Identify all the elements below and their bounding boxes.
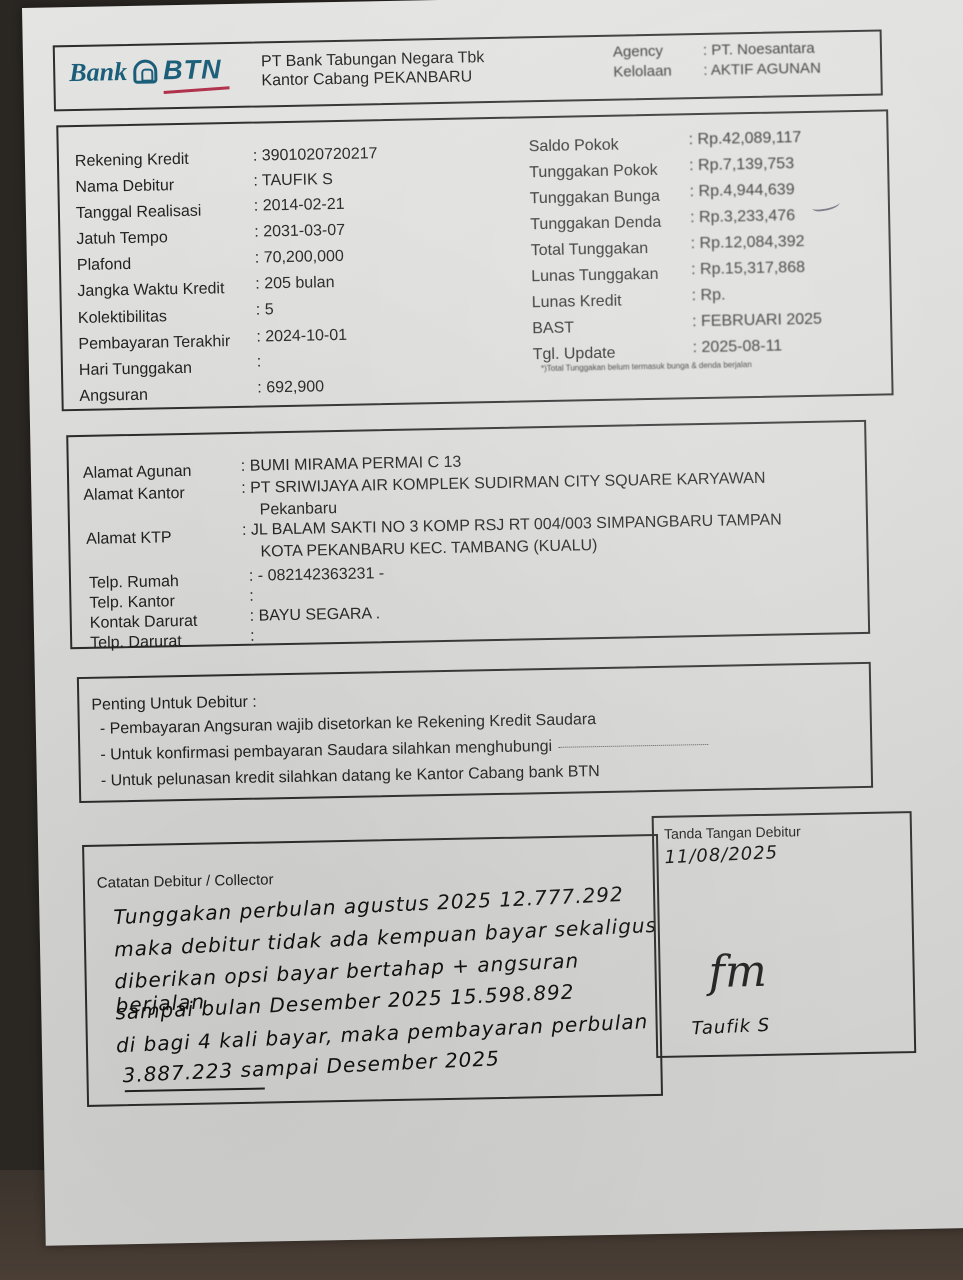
header-box: Bank BTN PT Bank Tabungan Negara Tbk Kan… [53,30,883,112]
label-rekening-kredit: Rekening Kredit [75,151,189,171]
value-bast: : FEBRUARI 2025 [692,311,822,331]
notice-box: Penting Untuk Debitur : - Pembayaran Ang… [77,662,873,803]
kelolaan-value: : AKTIF AGUNAN [703,59,821,81]
label-telp-darurat: Telp. Darurat [90,633,182,653]
house-icon [133,59,157,83]
value-lunas-tunggakan: : Rp.15,317,868 [691,259,805,279]
label-angsuran: Angsuran [79,387,148,406]
label-jatuh-tempo: Jatuh Tempo [76,229,168,249]
agency-label: Agency [613,42,672,63]
label-alamat-agunan: Alamat Agunan [83,463,192,483]
agency-value: : PT. Noesantara [703,39,821,61]
label-hari-tunggakan: Hari Tunggakan [79,360,192,380]
label-tanggal-realisasi: Tanggal Realisasi [76,203,202,223]
label-tunggakan-denda: Tunggakan Denda [530,214,661,235]
label-tgl-update: Tgl. Update [533,345,616,365]
label-kolektibilitas: Kolektibilitas [78,308,167,328]
value-tgl-update: : 2025-08-11 [692,337,782,357]
agency-labels: Agency Kelolaan [613,42,672,83]
value-telp-kantor: : [249,588,254,606]
value-telp-darurat: : [250,628,255,646]
signature-name: Taufik S [691,1015,770,1040]
checkmark-icon [811,198,840,212]
label-nama-debitur: Nama Debitur [75,177,174,197]
agency-values: : PT. Noesantara : AKTIF AGUNAN [703,39,821,81]
notice-item-payment: - Pembayaran Angsuran wajib disetorkan k… [100,711,597,739]
label-jangka-waktu: Jangka Waktu Kredit [77,280,224,301]
value-jangka-waktu: : 205 bulan [255,274,335,294]
notice-item-confirmation: - Untuk konfirmasi pembayaran Saudara si… [100,735,708,765]
blank-dotted-line [558,744,708,748]
handwritten-underline [125,1088,265,1093]
value-lunas-kredit: : Rp. [691,287,725,306]
value-tunggakan-pokok: : Rp.7,139,753 [689,155,794,175]
label-bast: BAST [532,319,574,338]
signature-mark: fm [708,946,767,998]
value-tanggal-realisasi: : 2014-02-21 [254,196,345,216]
label-telp-rumah: Telp. Rumah [89,573,179,593]
notice-item-payoff: - Untuk pelunasan kredit silahkan datang… [101,763,600,791]
label-lunas-tunggakan: Lunas Tunggakan [531,266,659,286]
value-alamat-agunan: : BUMI MIRAMA PERMAI C 13 [241,454,462,476]
label-tunggakan-pokok: Tunggakan Pokok [529,162,658,182]
notes-title: Catatan Debitur / Collector [97,871,274,891]
signature-box: Tanda Tangan Debitur 11/08/2025 fm Taufi… [652,811,917,1058]
value-rekening-kredit: : 3901020720217 [253,145,378,165]
logo-bank-text: Bank [69,56,127,87]
signature-date: 11/08/2025 [664,842,779,868]
value-tunggakan-bunga: : Rp.4,944,639 [689,181,794,201]
signature-title: Tanda Tangan Debitur [664,823,801,842]
label-lunas-kredit: Lunas Kredit [532,293,622,313]
company-info: PT Bank Tabungan Negara Tbk Kantor Caban… [261,48,485,90]
value-pembayaran-terakhir: : 2024-10-01 [256,327,347,347]
notice-title: Penting Untuk Debitur : [91,694,257,715]
label-kontak-darurat: Kontak Darurat [90,613,198,633]
value-saldo-pokok: : Rp.42,089,117 [688,129,801,149]
label-total-tunggakan: Total Tunggakan [531,240,649,260]
kelolaan-label: Kelolaan [613,62,672,83]
label-pembayaran-terakhir: Pembayaran Terakhir [78,333,230,354]
value-nama-debitur: : TAUFIK S [253,171,333,191]
btn-logo: Bank BTN [69,54,222,88]
value-alamat-kantor-2: Pekanbaru [260,500,338,519]
bill-document: Bank BTN PT Bank Tabungan Negara Tbk Kan… [22,0,963,1246]
value-alamat-ktp-2: KOTA PEKANBARU KEC. TAMBANG (KUALU) [260,537,597,561]
value-tunggakan-denda: : Rp.3,233,476 [690,207,795,227]
value-kolektibilitas: : 5 [256,301,274,319]
address-box: Alamat Agunan : BUMI MIRAMA PERMAI C 13 … [66,420,870,649]
label-tunggakan-bunga: Tunggakan Bunga [530,188,661,208]
value-total-tunggakan: : Rp.12,084,392 [690,233,804,253]
value-hari-tunggakan: : [257,353,262,371]
label-alamat-ktp: Alamat KTP [86,529,172,549]
label-alamat-kantor: Alamat Kantor [83,485,185,505]
notes-box: Catatan Debitur / Collector Tunggakan pe… [82,834,663,1107]
value-telp-rumah: : - 082142363231 - [249,565,385,586]
value-angsuran: : 692,900 [257,378,324,397]
label-plafond: Plafond [77,256,132,275]
branch-name: Kantor Cabang PEKANBARU [261,67,485,90]
logo-btn-text: BTN [163,54,222,86]
label-telp-kantor: Telp. Kantor [89,593,175,613]
notice-item-confirmation-text: - Untuk konfirmasi pembayaran Saudara si… [100,738,552,764]
value-plafond: : 70,200,000 [255,248,344,268]
value-jatuh-tempo: : 2031-03-07 [254,222,345,242]
loan-details-box: Rekening Kredit : 3901020720217 Nama Deb… [56,109,893,411]
label-saldo-pokok: Saldo Pokok [529,137,619,157]
value-kontak-darurat: : BAYU SEGARA . [250,605,381,626]
